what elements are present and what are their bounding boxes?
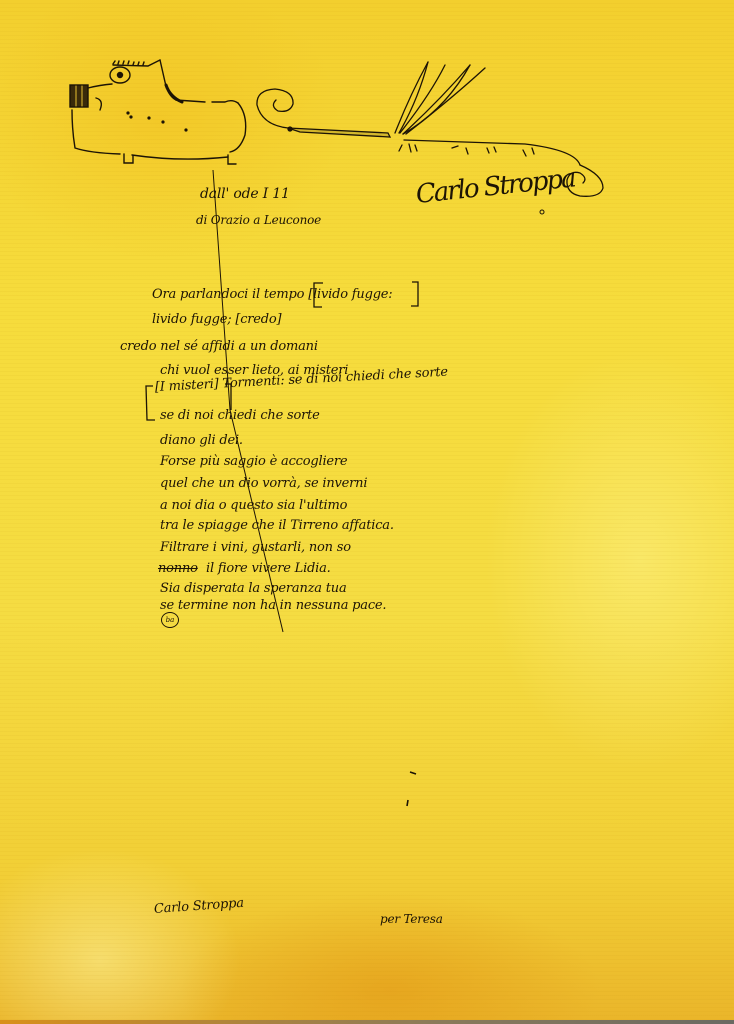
end-mark: ba xyxy=(161,612,179,628)
poem-line: se termine non ha in nessuna pace. xyxy=(160,598,386,613)
poem-line: Forse più saggio è accogliere xyxy=(160,454,347,469)
poem-line: Ora parlandoci il tempo [livido fugge: xyxy=(152,287,393,302)
poem-subtitle: di Orazio a Leuconoe xyxy=(196,213,321,227)
struck-word: nonno xyxy=(158,561,198,576)
poem-line: diano gli dei. xyxy=(160,433,243,448)
poem-line: credo nel sé affidi a un domani xyxy=(120,339,318,354)
footer-right-note: per Teresa xyxy=(380,912,443,926)
sketch-layer xyxy=(0,0,734,1024)
poem-line: livido fugge; [credo] xyxy=(152,312,281,327)
ink-dot xyxy=(540,210,544,214)
paper-bottom-edge xyxy=(0,1020,734,1024)
poem-line: il fiore vivere Lidia. xyxy=(206,561,331,576)
poem-line: se di noi chiedi che sorte xyxy=(160,408,320,423)
manuscript-page: dall' ode I 11 di Orazio a Leuconoe Carl… xyxy=(0,0,734,1024)
ink-mark xyxy=(407,772,416,806)
boar-sketch-icon xyxy=(70,60,246,164)
poem-line: Sia disperata la speranza tua xyxy=(160,581,347,596)
poem-line: quel che un dio vorrà, se inverni xyxy=(160,476,367,491)
poem-title: dall' ode I 11 xyxy=(200,186,290,202)
poem-line: tra le spiagge che il Tirreno affatica. xyxy=(160,518,394,533)
poem-line: Filtrare i vini, gustarli, non so xyxy=(160,540,351,555)
poem-line: a noi dia o questo sia l'ultimo xyxy=(160,498,347,513)
